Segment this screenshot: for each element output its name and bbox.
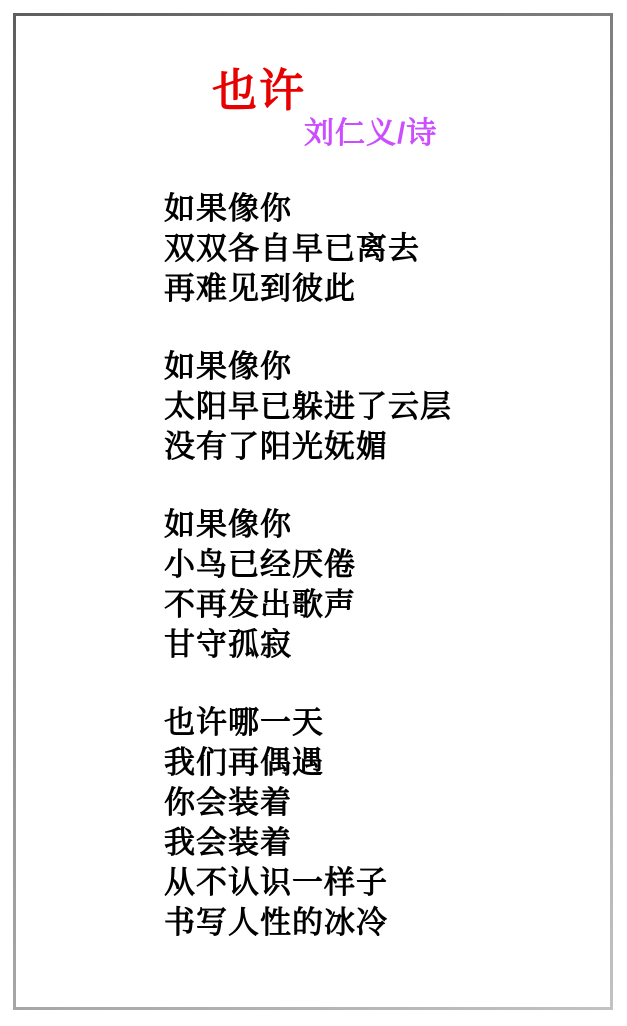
poem-author: 刘仁义/诗 xyxy=(304,117,437,151)
stanza-2: 如果像你 太阳早已躲进了云层 没有了阳光妩媚 xyxy=(164,347,452,467)
poem-line: 如果像你 xyxy=(164,347,452,387)
stanza-3: 如果像你 小鸟已经厌倦 不再发出歌声 甘守孤寂 xyxy=(164,505,452,665)
poem-line: 也许哪一天 xyxy=(164,703,452,743)
stanza-4: 也许哪一天 我们再偶遇 你会装着 我会装着 从不认识一样子 书写人性的冰冷 xyxy=(164,703,452,943)
poem-line: 从不认识一样子 xyxy=(164,863,452,903)
poem-line: 如果像你 xyxy=(164,505,452,545)
poem-title: 也许 xyxy=(212,68,306,114)
poem-line: 小鸟已经厌倦 xyxy=(164,545,452,585)
poem-line: 再难见到彼此 xyxy=(164,269,452,309)
poem-line: 如果像你 xyxy=(164,189,452,229)
poem-line: 我们再偶遇 xyxy=(164,743,452,783)
poem-line: 双双各自早已离去 xyxy=(164,229,452,269)
stanza-1: 如果像你 双双各自早已离去 再难见到彼此 xyxy=(164,189,452,309)
poem-line: 你会装着 xyxy=(164,783,452,823)
poem-line: 没有了阳光妩媚 xyxy=(164,427,452,467)
poem-body: 如果像你 双双各自早已离去 再难见到彼此 如果像你 太阳早已躲进了云层 没有了阳… xyxy=(164,189,452,943)
poem-line: 我会装着 xyxy=(164,823,452,863)
poem-line: 书写人性的冰冷 xyxy=(164,903,452,943)
poem-line: 太阳早已躲进了云层 xyxy=(164,387,452,427)
poem-line: 不再发出歌声 xyxy=(164,585,452,625)
poem-line: 甘守孤寂 xyxy=(164,625,452,665)
